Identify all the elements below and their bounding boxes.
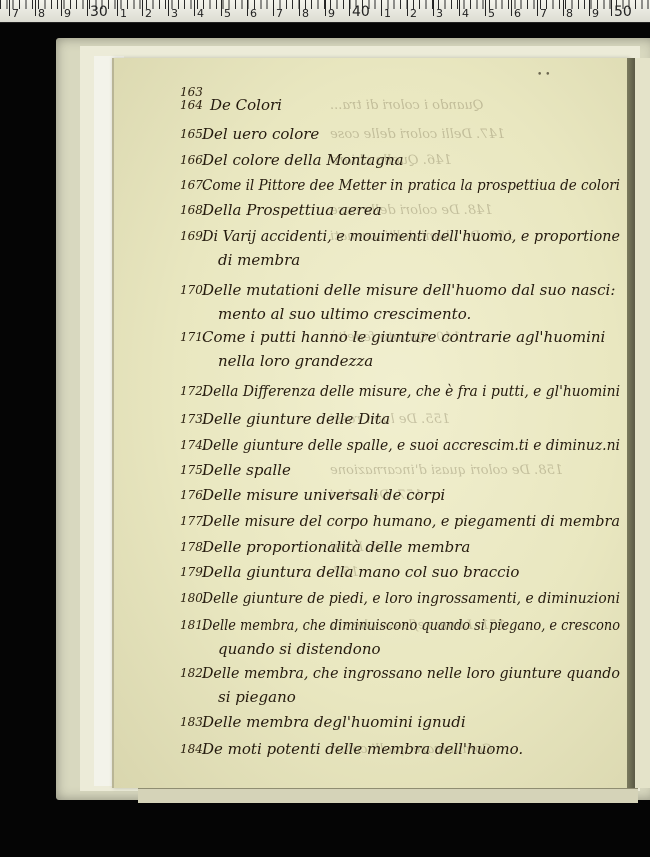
binding-spine (627, 58, 635, 788)
chapter-title-continuation: quando si distendono (218, 640, 381, 658)
show-through-text: Quando i colori di tra... (330, 98, 484, 113)
show-through-text: 147. Delli colori delle cose (330, 127, 505, 142)
chapter-title: Delle misure del corpo humano, e piegame… (202, 512, 620, 530)
chapter-title: Della giuntura della mano col suo bracci… (202, 563, 519, 581)
ruler-label: 50 (614, 6, 632, 18)
chapter-title: Delle misure universali de corpi (202, 486, 445, 504)
ruler-label: 30 (90, 6, 108, 18)
ruler-major-tick (459, 0, 460, 16)
ruler-major-tick (61, 0, 62, 16)
ruler-major-tick (194, 0, 195, 16)
ruler-major-tick (349, 0, 350, 16)
chapter-title: Delle giunture delle Dita (202, 410, 390, 428)
chapter-title: Delle membra degl'huomini ignudi (202, 713, 466, 731)
chapter-title: Delle spalle (202, 461, 291, 479)
ruler-major-tick (485, 0, 486, 16)
ruler-label: 1 (120, 8, 127, 20)
ruler-major-tick (117, 0, 118, 16)
ruler-major-tick (221, 0, 222, 16)
ruler-label: 9 (64, 8, 71, 20)
ruler-major-tick (299, 0, 300, 16)
chapter-title: Della Prospettiua aerea (202, 201, 382, 219)
page-mark: • • (537, 70, 550, 80)
ruler-label: 9 (328, 8, 335, 20)
ruler-major-tick (247, 0, 248, 16)
ruler-major-tick (9, 0, 10, 16)
ruler-label: 9 (592, 8, 599, 20)
chapter-title: Delle membra, che diminuiscono quando si… (202, 616, 620, 634)
ruler-label: 3 (171, 8, 178, 20)
ruler-major-tick (168, 0, 169, 16)
chapter-title: Delle mutationi delle misure dell'huomo … (202, 281, 615, 299)
ruler-label: 1 (384, 8, 391, 20)
ruler-major-tick (407, 0, 408, 16)
chapter-title: Di Varij accidenti, e mouimenti dell'huo… (202, 227, 620, 245)
ruler-label: 5 (488, 8, 495, 20)
ruler-label: 7 (276, 8, 283, 20)
ruler-major-tick (511, 0, 512, 16)
chapter-title: De Colori (210, 96, 282, 114)
ruler-major-tick (537, 0, 538, 16)
ruler-label: 2 (410, 8, 417, 20)
ruler-label: 8 (302, 8, 309, 20)
ruler-major-tick (381, 0, 382, 16)
ruler-label: 4 (462, 8, 469, 20)
ruler-major-tick (142, 0, 143, 16)
ruler-label: 6 (250, 8, 257, 20)
ruler-major-tick (87, 0, 88, 16)
chapter-title: Delle proportionalità delle membra (202, 538, 470, 556)
chapter-title: Come i putti hanno le giunture contrarie… (202, 328, 605, 346)
ruler-label: 3 (436, 8, 443, 20)
chapter-number: 163 164 (180, 86, 210, 112)
chapter-title: Della Differenza delle misure, che è fra… (202, 382, 620, 400)
ruler-major-tick (563, 0, 564, 16)
chapter-title: Come il Pittore dee Metter in pratica la… (202, 176, 620, 194)
chapter-title-continuation: di membra (218, 251, 300, 269)
chapter-title: Del uero colore (202, 125, 319, 143)
chapter-title: Delle giunture de piedi, e loro ingrossa… (202, 589, 620, 607)
ruler-label: 8 (566, 8, 573, 20)
chapter-title-continuation: mento al suo ultimo crescimento. (218, 305, 471, 323)
ruler-label: 4 (197, 8, 204, 20)
ruler-major-tick (273, 0, 274, 16)
ruler-major-tick (611, 0, 612, 16)
ruler-label: 2 (145, 8, 152, 20)
ruler-major-tick (589, 0, 590, 16)
ruler-label: 6 (514, 8, 521, 20)
chapter-title-continuation: nella loro grandezza (218, 352, 373, 370)
facing-page-edge (635, 58, 650, 788)
chapter-title: Delle giunture delle spalle, e suoi accr… (202, 436, 620, 454)
chapter-title: Del colore della Montagna (202, 151, 404, 169)
page-bottom-edge (138, 788, 638, 803)
ruler-major-tick (35, 0, 36, 16)
chapter-title: Delle membra, che ingrossano nelle loro … (202, 664, 620, 682)
ruler-label: 5 (224, 8, 231, 20)
chapter-title-continuation: si piegano (218, 688, 296, 706)
ruler-major-tick (433, 0, 434, 16)
ruler-label: 8 (38, 8, 45, 20)
show-through-text: 158. De colori quasi d'incarnazione (330, 463, 563, 478)
chapter-title: De moti potenti delle membra dell'huomo. (202, 740, 523, 758)
ruler-label: 7 (12, 8, 19, 20)
measurement-ruler: 789301234567894012345678950 (0, 0, 650, 23)
ruler-label: 40 (352, 6, 370, 18)
ruler-major-tick (325, 0, 326, 16)
ruler-label: 7 (540, 8, 547, 20)
